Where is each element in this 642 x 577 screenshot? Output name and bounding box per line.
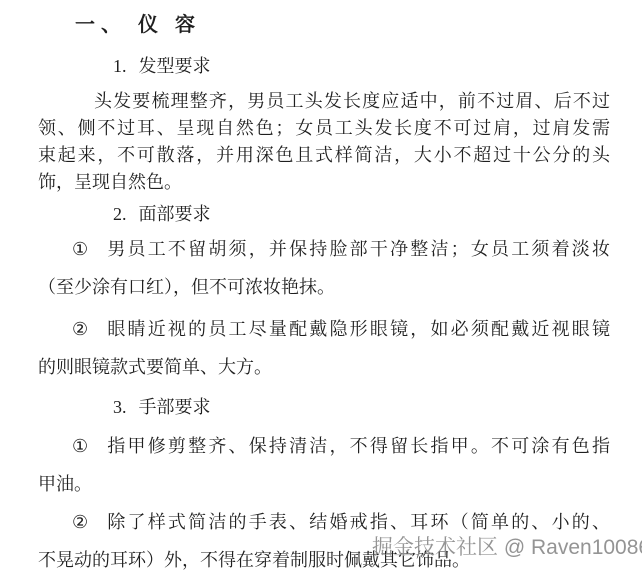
- section-3-number: 3.: [113, 397, 127, 417]
- section-3-heading: 3.手部要求: [113, 395, 610, 419]
- item-text: 眼睛近视的员工尽量配戴隐形眼镜，如必须配戴近视眼镜: [107, 319, 610, 339]
- section-1-number: 1.: [113, 56, 127, 76]
- item-marker: ①: [72, 436, 90, 456]
- item-line: ①指甲修剪整齐、保持清洁，不得留长指甲。不可涂有色指: [38, 427, 610, 465]
- document-page: 一、 仪 容 1.发型要求 头发要梳理整齐，男员工头发长度应适中，前不过眉、后不…: [0, 0, 642, 577]
- paragraph-line: 领、侧不过耳、呈现自然色；女员工头发长度不可过肩，过肩发需: [38, 115, 610, 142]
- doc-heading: 一、 仪 容: [75, 10, 610, 40]
- item-text: 男员工不留胡须，并保持脸部干净整洁；女员工须着淡妆: [107, 239, 610, 259]
- paragraph-line: 束起来，不可散落，并用深色且式样简洁，大小不超过十公分的头: [38, 142, 610, 169]
- section-2-item-1: ①男员工不留胡须，并保持脸部干净整洁；女员工须着淡妆 （至少涂有口红），但不可浓…: [38, 230, 610, 306]
- section-1-paragraph: 头发要梳理整齐，男员工头发长度应适中，前不过眉、后不过 领、侧不过耳、呈现自然色…: [38, 88, 610, 196]
- item-line: 不晃动的耳环）外，不得在穿着制服时佩戴其它饰品。: [38, 541, 610, 577]
- section-2-item-2: ②眼睛近视的员工尽量配戴隐形眼镜，如必须配戴近视眼镜 的则眼镜款式要简单、大方。: [38, 310, 610, 386]
- section-2-title: 面部要求: [139, 204, 211, 224]
- item-text: 除了样式简洁的手表、结婚戒指、耳环（简单的、小的、: [107, 512, 610, 532]
- section-1-heading: 1.发型要求: [113, 54, 610, 78]
- paragraph-line: 饰，呈现自然色。: [38, 169, 610, 196]
- item-line: ②除了样式简洁的手表、结婚戒指、耳环（简单的、小的、: [38, 503, 610, 541]
- item-line: 的则眼镜款式要简单、大方。: [38, 348, 610, 386]
- section-3-title: 手部要求: [139, 397, 211, 417]
- item-line: 甲油。: [38, 465, 610, 503]
- item-text: 指甲修剪整齐、保持清洁，不得留长指甲。不可涂有色指: [107, 436, 610, 456]
- section-2-heading: 2.面部要求: [113, 202, 610, 226]
- section-1-title: 发型要求: [139, 56, 211, 76]
- section-3-item-2: ②除了样式简洁的手表、结婚戒指、耳环（简单的、小的、 不晃动的耳环）外，不得在穿…: [38, 503, 610, 577]
- item-marker: ①: [72, 239, 90, 259]
- item-line: （至少涂有口红），但不可浓妆艳抹。: [38, 268, 610, 306]
- section-2-number: 2.: [113, 204, 127, 224]
- section-3-item-1: ①指甲修剪整齐、保持清洁，不得留长指甲。不可涂有色指 甲油。: [38, 427, 610, 503]
- item-marker: ②: [72, 512, 90, 532]
- item-line: ②眼睛近视的员工尽量配戴隐形眼镜，如必须配戴近视眼镜: [38, 310, 610, 348]
- document-content: 一、 仪 容 1.发型要求 头发要梳理整齐，男员工头发长度应适中，前不过眉、后不…: [0, 0, 642, 577]
- paragraph-line: 头发要梳理整齐，男员工头发长度应适中，前不过眉、后不过: [38, 88, 610, 115]
- item-line: ①男员工不留胡须，并保持脸部干净整洁；女员工须着淡妆: [38, 230, 610, 268]
- item-marker: ②: [72, 319, 90, 339]
